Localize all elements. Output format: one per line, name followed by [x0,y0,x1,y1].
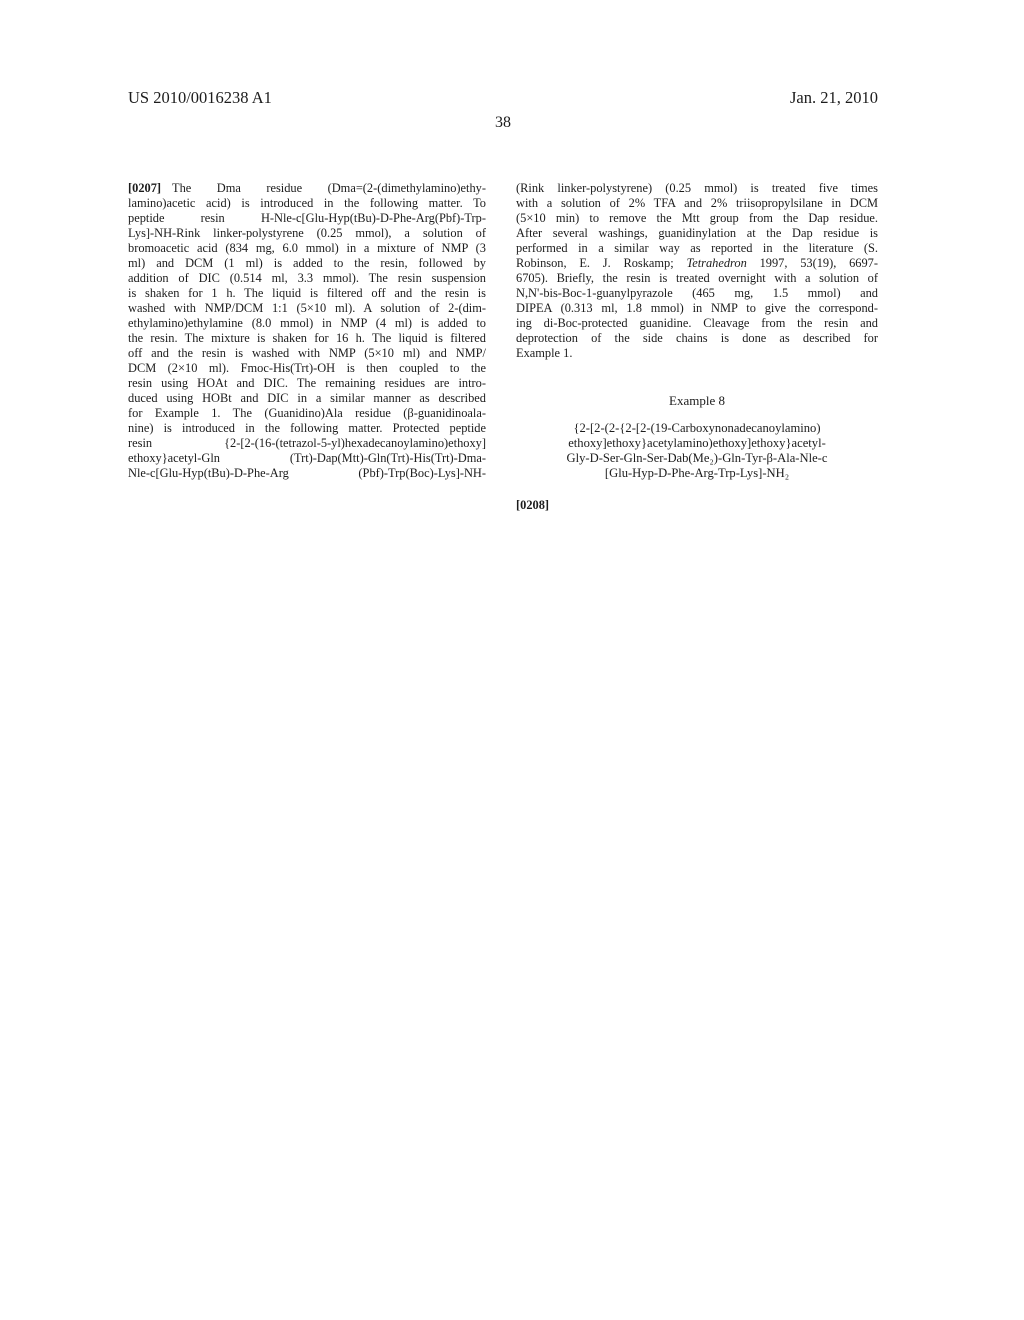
text-line: peptide resin H-Nle-c[Glu-Hyp(tBu)-D-Phe… [128,211,486,226]
text-line: DCM (2×10 ml). Fmoc-His(Trt)-OH is then … [128,361,486,376]
text-line: bromoacetic acid (834 mg, 6.0 mmol) in a… [128,241,486,256]
left-column: [0207]The Dma residue (Dma=(2-(dimethyla… [128,181,486,481]
text-line: resin {2-[2-(16-(tetrazol-5-yl)hexadecan… [128,436,486,451]
compound-name-line: {2-[2-(2-{2-[2-(19-Carboxynonadecanoylam… [516,421,878,436]
text-line: duced using HOBt and DIC in a similar ma… [128,391,486,406]
text-line: deprotection of the side chains is done … [516,331,878,346]
text-line: [0207]The Dma residue (Dma=(2-(dimethyla… [128,181,486,196]
text-line: N,N'-bis-Boc-1-guanylpyrazole (465 mg, 1… [516,286,878,301]
text-line: for Example 1. The (Guanidino)Ala residu… [128,406,486,421]
publication-date: Jan. 21, 2010 [790,88,878,108]
patent-document-page: US 2010/0016238 A1 Jan. 21, 2010 38 [020… [0,0,1024,1320]
compound-name-line: ethoxy]ethoxy}acetylamino)ethoxy]ethoxy}… [516,436,878,451]
text-line: Nle-c[Glu-Hyp(tBu)-D-Phe-Arg (Pbf)-Trp(B… [128,466,486,481]
text-line: with a solution of 2% TFA and 2% triisop… [516,196,878,211]
text-segment: The Dma residue (Dma=(2-(dimethylamino)e… [172,181,486,195]
text-line: off and the resin is washed with NMP (5×… [128,346,486,361]
journal-title-italic: Tetrahedron [686,256,746,270]
text-line: ml) and DCM (1 ml) is added to the resin… [128,256,486,271]
text-line: addition of DIC (0.514 ml, 3.3 mmol). Th… [128,271,486,286]
text-line: performed in a similar way as reported i… [516,241,878,256]
right-column: (Rink linker-polystyrene) (0.25 mmol) is… [516,181,878,513]
text-line: DIPEA (0.313 ml, 1.8 mmol) in NMP to giv… [516,301,878,316]
text-line: ethylamino)ethylamine (8.0 mmol) in NMP … [128,316,486,331]
text-line: (5×10 min) to remove the Mtt group from … [516,211,878,226]
paragraph-number-0207: [0207] [128,181,161,195]
text-line: the resin. The mixture is shaken for 16 … [128,331,486,346]
text-line: ing di-Boc-protected guanidine. Cleavage… [516,316,878,331]
text-line: lamino)acetic acid) is introduced in the… [128,196,486,211]
text-line: resin using HOAt and DIC. The remaining … [128,376,486,391]
page-header: US 2010/0016238 A1 Jan. 21, 2010 [128,88,878,108]
text-line: washed with NMP/DCM 1:1 (5×10 ml). A sol… [128,301,486,316]
text-line: 6705). Briefly, the resin is treated ove… [516,271,878,286]
text-segment: Robinson, E. J. Roskamp; [516,256,686,270]
text-line: is shaken for 1 h. The liquid is filtere… [128,286,486,301]
text-line: (Rink linker-polystyrene) (0.25 mmol) is… [516,181,878,196]
text-line: Example 1. [516,346,878,361]
text-line: Robinson, E. J. Roskamp; Tetrahedron 199… [516,256,878,271]
text-line: After several washings, guanidinylation … [516,226,878,241]
compound-name-block: {2-[2-(2-{2-[2-(19-Carboxynonadecanoylam… [516,421,878,481]
compound-name-line: Gly-D-Ser-Gln-Ser-Dab(Me₂)-Gln-Tyr-β-Ala… [516,451,878,466]
example-8-heading: Example 8 [516,393,878,408]
text-segment: 1997, 53(19), 6697- [747,256,878,270]
text-line: ethoxy}acetyl-Gln (Trt)-Dap(Mtt)-Gln(Trt… [128,451,486,466]
page-number: 38 [128,113,878,133]
text-line: nine) is introduced in the following mat… [128,421,486,436]
paragraph-number-0208: [0208] [516,498,878,513]
text-line: Lys]-NH-Rink linker-polystyrene (0.25 mm… [128,226,486,241]
compound-name-line: [Glu-Hyp-D-Phe-Arg-Trp-Lys]-NH₂ [516,466,878,481]
publication-number: US 2010/0016238 A1 [128,88,272,108]
